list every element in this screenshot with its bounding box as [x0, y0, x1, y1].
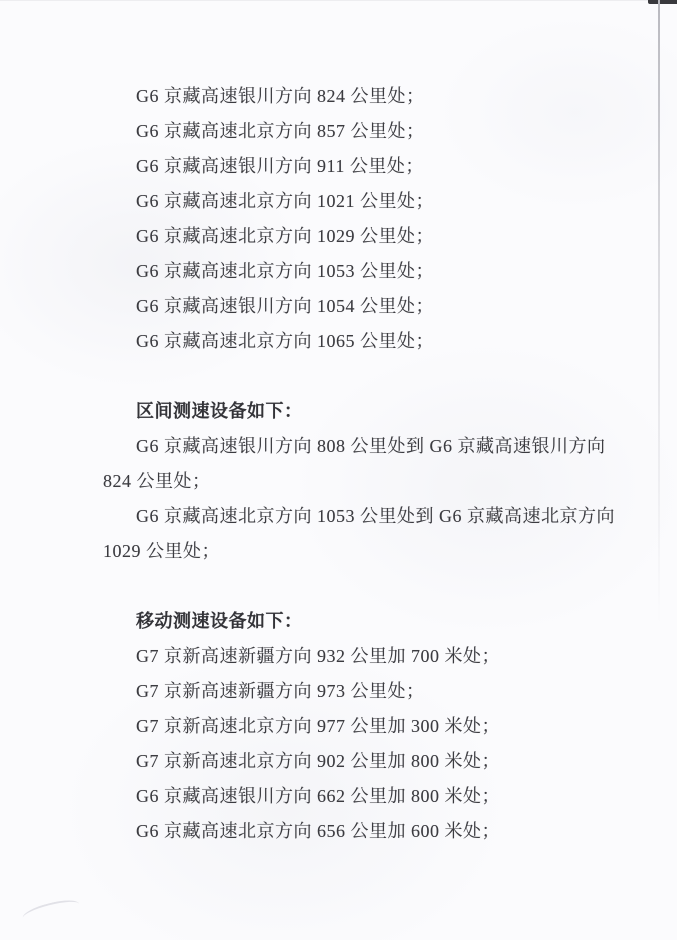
fixed-speed-line: G6 京藏高速银川方向 911 公里处； — [103, 149, 643, 184]
document-body: G6 京藏高速银川方向 824 公里处； G6 京藏高速北京方向 857 公里处… — [103, 79, 643, 849]
fixed-speed-line: G6 京藏高速银川方向 1054 公里处； — [103, 289, 643, 324]
mobile-speed-line: G6 京藏高速银川方向 662 公里加 800 米处； — [103, 779, 643, 814]
scanned-document-page: G6 京藏高速银川方向 824 公里处； G6 京藏高速北京方向 857 公里处… — [0, 0, 677, 940]
fixed-speed-line: G6 京藏高速银川方向 824 公里处； — [103, 79, 643, 114]
section-heading-mobile-speed: 移动测速设备如下： — [103, 604, 643, 639]
fixed-speed-line: G6 京藏高速北京方向 1065 公里处； — [103, 324, 643, 359]
fixed-speed-line: G6 京藏高速北京方向 857 公里处； — [103, 114, 643, 149]
section-heading-interval-speed: 区间测速设备如下： — [103, 394, 643, 429]
mobile-speed-line: G7 京新高速新疆方向 932 公里加 700 米处； — [103, 639, 643, 674]
mobile-speed-line: G7 京新高速新疆方向 973 公里处； — [103, 674, 643, 709]
scan-top-edge — [0, 0, 677, 1]
blank-line — [103, 359, 643, 394]
interval-speed-line-continuation: 824 公里处； — [103, 464, 643, 499]
blank-line — [103, 569, 643, 604]
scan-right-edge-line — [658, 0, 660, 625]
interval-speed-line: G6 京藏高速银川方向 808 公里处到 G6 京藏高速银川方向 — [103, 429, 643, 464]
scan-bottom-smudge — [21, 896, 81, 926]
interval-speed-line: G6 京藏高速北京方向 1053 公里处到 G6 京藏高速北京方向 — [103, 499, 643, 534]
fixed-speed-line: G6 京藏高速北京方向 1029 公里处； — [103, 219, 643, 254]
fixed-speed-line: G6 京藏高速北京方向 1021 公里处； — [103, 184, 643, 219]
fixed-speed-line: G6 京藏高速北京方向 1053 公里处； — [103, 254, 643, 289]
mobile-speed-line: G7 京新高速北京方向 977 公里加 300 米处； — [103, 709, 643, 744]
mobile-speed-line: G6 京藏高速北京方向 656 公里加 600 米处； — [103, 814, 643, 849]
mobile-speed-line: G7 京新高速北京方向 902 公里加 800 米处； — [103, 744, 643, 779]
scan-corner-mark — [648, 0, 677, 4]
interval-speed-line-continuation: 1029 公里处； — [103, 534, 643, 569]
